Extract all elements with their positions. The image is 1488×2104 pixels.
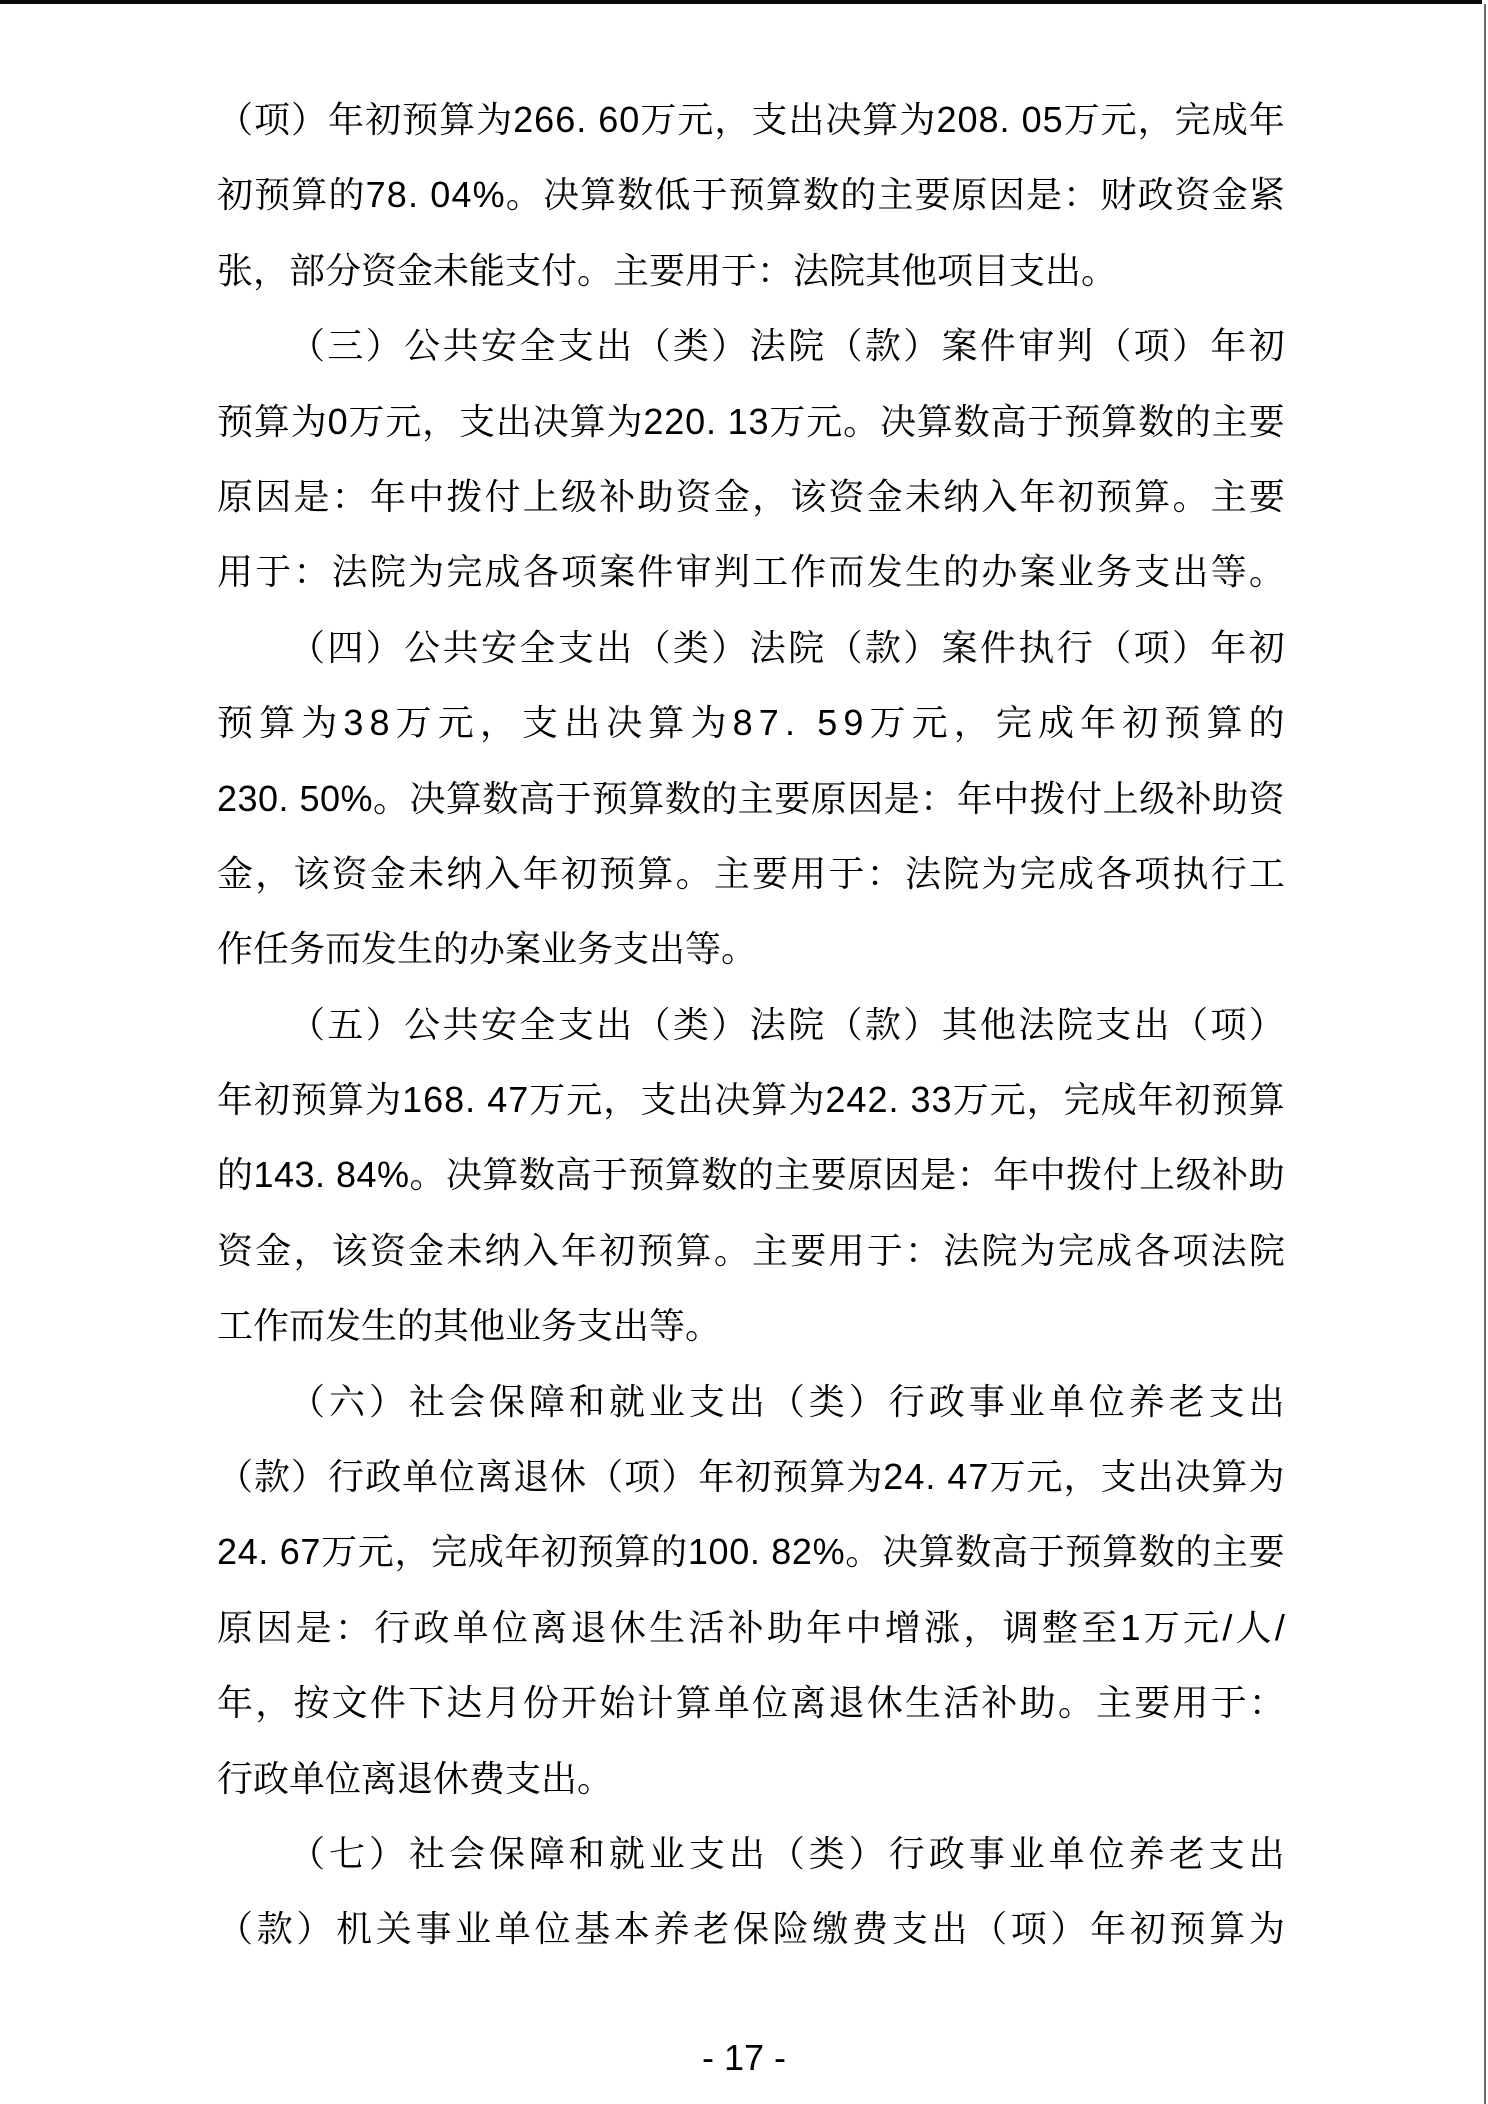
text-line: （款）机关事业单位基本养老保险缴费支出（项）年初预算为: [217, 1891, 1285, 1966]
text-line: 张，部分资金未能支付。主要用于：法院其他项目支出。: [217, 233, 1285, 308]
text-line: 预算为38万元，支出决算为87. 59万元，完成年初预算的: [217, 685, 1285, 760]
text-line: 24. 67万元，完成年初预算的100. 82%。决算数高于预算数的主要: [217, 1514, 1285, 1589]
text-line: 的143. 84%。决算数高于预算数的主要原因是：年中拨付上级补助: [217, 1137, 1285, 1212]
document-page: （项）年初预算为266. 60万元，支出决算为208. 05万元，完成年初预算的…: [0, 0, 1488, 2104]
text-line: （六）社会保障和就业支出（类）行政事业单位养老支出: [217, 1364, 1285, 1439]
text-line: 金，该资金未纳入年初预算。主要用于：法院为完成各项执行工: [217, 836, 1285, 911]
text-line: 资金，该资金未纳入年初预算。主要用于：法院为完成各项法院: [217, 1213, 1285, 1288]
scan-top-edge: [0, 0, 1482, 4]
text-line: 作任务而发生的办案业务支出等。: [217, 911, 1285, 986]
text-line: 原因是：年中拨付上级补助资金，该资金未纳入年初预算。主要: [217, 459, 1285, 534]
text-line: 预算为0万元，支出决算为220. 13万元。决算数高于预算数的主要: [217, 384, 1285, 459]
text-line: 用于：法院为完成各项案件审判工作而发生的办案业务支出等。: [217, 534, 1285, 609]
text-line: 工作而发生的其他业务支出等。: [217, 1288, 1285, 1363]
text-line: 230. 50%。决算数高于预算数的主要原因是：年中拨付上级补助资: [217, 761, 1285, 836]
text-line: 行政单位离退休费支出。: [217, 1741, 1285, 1816]
text-line: （四）公共安全支出（类）法院（款）案件执行（项）年初: [217, 610, 1285, 685]
text-line: （款）行政单位离退休（项）年初预算为24. 47万元，支出决算为: [217, 1439, 1285, 1514]
body-text: （项）年初预算为266. 60万元，支出决算为208. 05万元，完成年初预算的…: [217, 82, 1285, 1967]
text-line: 年，按文件下达月份开始计算单位离退休生活补助。主要用于：: [217, 1665, 1285, 1740]
text-line: （三）公共安全支出（类）法院（款）案件审判（项）年初: [217, 308, 1285, 383]
text-line: （五）公共安全支出（类）法院（款）其他法院支出（项）: [217, 987, 1285, 1062]
text-line: 年初预算为168. 47万元，支出决算为242. 33万元，完成年初预算: [217, 1062, 1285, 1137]
text-line: 初预算的78. 04%。决算数低于预算数的主要原因是：财政资金紧: [217, 157, 1285, 232]
text-line: 原因是：行政单位离退休生活补助年中增涨，调整至1万元/人/: [217, 1590, 1285, 1665]
scan-right-edge-line: [1484, 4, 1486, 2104]
text-line: （项）年初预算为266. 60万元，支出决算为208. 05万元，完成年: [217, 82, 1285, 157]
text-line: （七）社会保障和就业支出（类）行政事业单位养老支出: [217, 1816, 1285, 1891]
page-number: - 17 -: [0, 2036, 1488, 2080]
